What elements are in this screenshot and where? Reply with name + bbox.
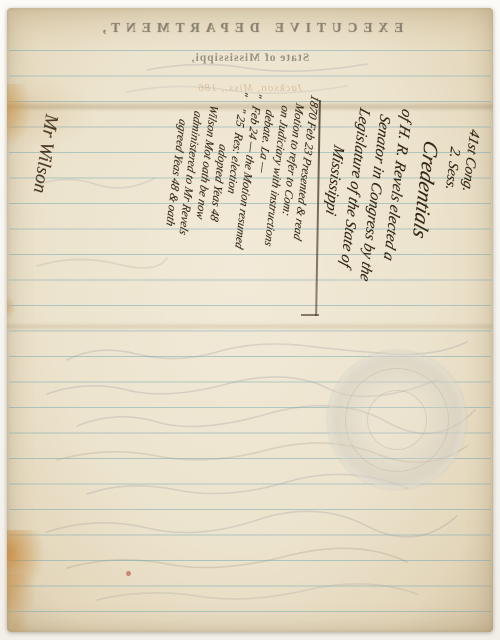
photo-frame: { "document": { "letterhead": { "line1":… [0,0,500,640]
stain-middle-left [7,296,15,318]
seal-inner-ring [367,390,427,450]
side-note-wilson: Mr Wilson [7,110,62,247]
docket-entries: 1870 Feb 23 Presented & read Motion to r… [155,78,323,316]
stain-red-speck [126,571,131,576]
document-paper: EXECUTIVE DEPARTMENT, State of Mississip… [7,8,493,632]
letterhead-state-mirrored: State of Mississippi, [7,52,493,64]
embossed-seal [329,352,465,488]
stain-bottom-left-2 [7,574,35,626]
stain-bottom-left [7,530,44,596]
docket-divider-foot [301,314,319,316]
stain-bottom-left-3 [7,614,29,632]
letterhead-department-mirrored: EXECUTIVE DEPARTMENT, [7,20,493,36]
